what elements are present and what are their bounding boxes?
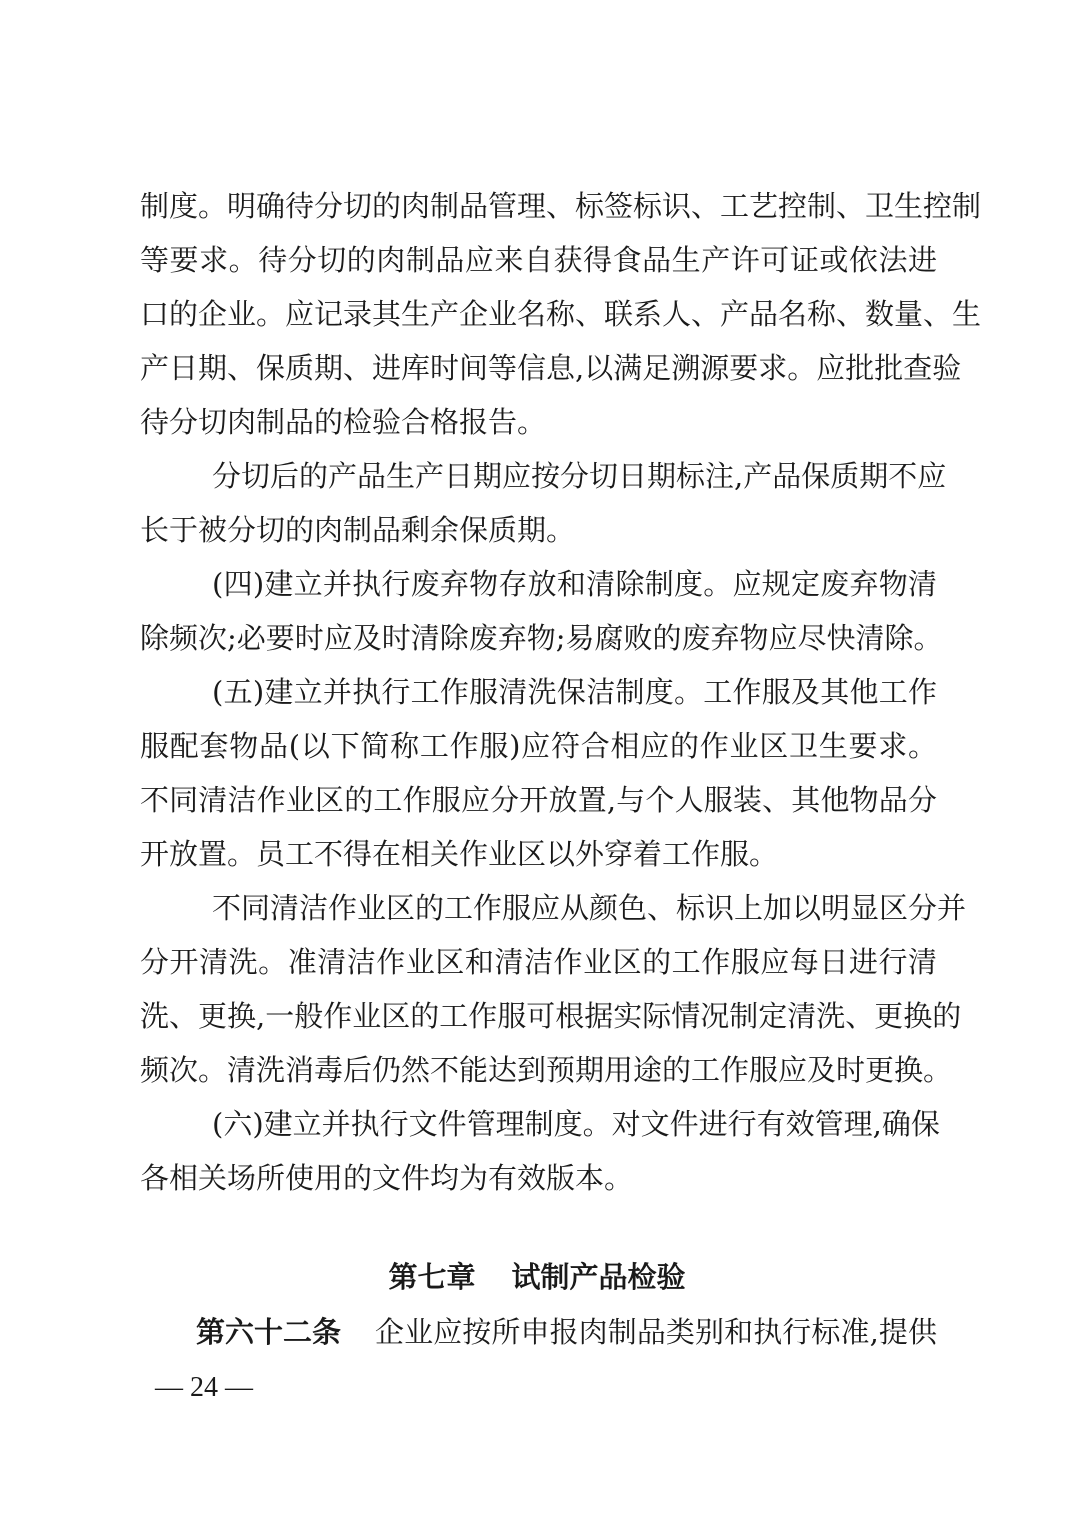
body-line: 不同清洁作业区的工作服应分开放置,与个人服装、其他物品分 <box>140 780 937 820</box>
article-number: 第六十二条 <box>196 1312 341 1352</box>
body-line: 制度。明确待分切的肉制品管理、标签标识、工艺控制、卫生控制 <box>140 186 937 226</box>
chapter-number: 第七章 <box>388 1260 475 1294</box>
body-line: 各相关场所使用的文件均为有效版本。 <box>140 1158 937 1198</box>
body-line: 口的企业。应记录其生产企业名称、联系人、产品名称、数量、生 <box>140 294 937 334</box>
body-line: 长于被分切的肉制品剩余保质期。 <box>140 510 937 550</box>
chapter-heading: 第七章试制产品检验 <box>0 1257 1074 1297</box>
body-line: (五)建立并执行工作服清洗保洁制度。工作服及其他工作 <box>212 672 937 712</box>
body-line: 不同清洁作业区的工作服应从颜色、标识上加以明显区分并 <box>212 888 937 928</box>
body-line: 服配套物品(以下简称工作服)应符合相应的作业区卫生要求。 <box>140 726 937 766</box>
page-number: — 24 — <box>155 1368 253 1408</box>
chapter-title: 试制产品检验 <box>512 1260 686 1294</box>
body-line: 除频次;必要时应及时清除废弃物;易腐败的废弃物应尽快清除。 <box>140 618 937 658</box>
body-line: 洗、更换,一般作业区的工作服可根据实际情况制定清洗、更换的 <box>140 996 937 1036</box>
body-line: 分切后的产品生产日期应按分切日期标注,产品保质期不应 <box>212 456 937 496</box>
body-line: 等要求。待分切的肉制品应来自获得食品生产许可证或依法进 <box>140 240 937 280</box>
body-line: 频次。清洗消毒后仍然不能达到预期用途的工作服应及时更换。 <box>140 1050 937 1090</box>
article-line: 第六十二条 企业应按所申报肉制品类别和执行标准,提供 <box>196 1312 937 1352</box>
document-page: 制度。明确待分切的肉制品管理、标签标识、工艺控制、卫生控制 等要求。待分切的肉制… <box>0 0 1074 1520</box>
body-line: (四)建立并执行废弃物存放和清除制度。应规定废弃物清 <box>212 564 937 604</box>
body-line: 开放置。员工不得在相关作业区以外穿着工作服。 <box>140 834 937 874</box>
body-line: 待分切肉制品的检验合格报告。 <box>140 402 937 442</box>
body-line: (六)建立并执行文件管理制度。对文件进行有效管理,确保 <box>212 1104 937 1144</box>
body-line: 产日期、保质期、进库时间等信息,以满足溯源要求。应批批查验 <box>140 348 937 388</box>
body-line: 分开清洗。准清洁作业区和清洁作业区的工作服应每日进行清 <box>140 942 937 982</box>
article-text: 企业应按所申报肉制品类别和执行标准,提供 <box>375 1312 937 1352</box>
